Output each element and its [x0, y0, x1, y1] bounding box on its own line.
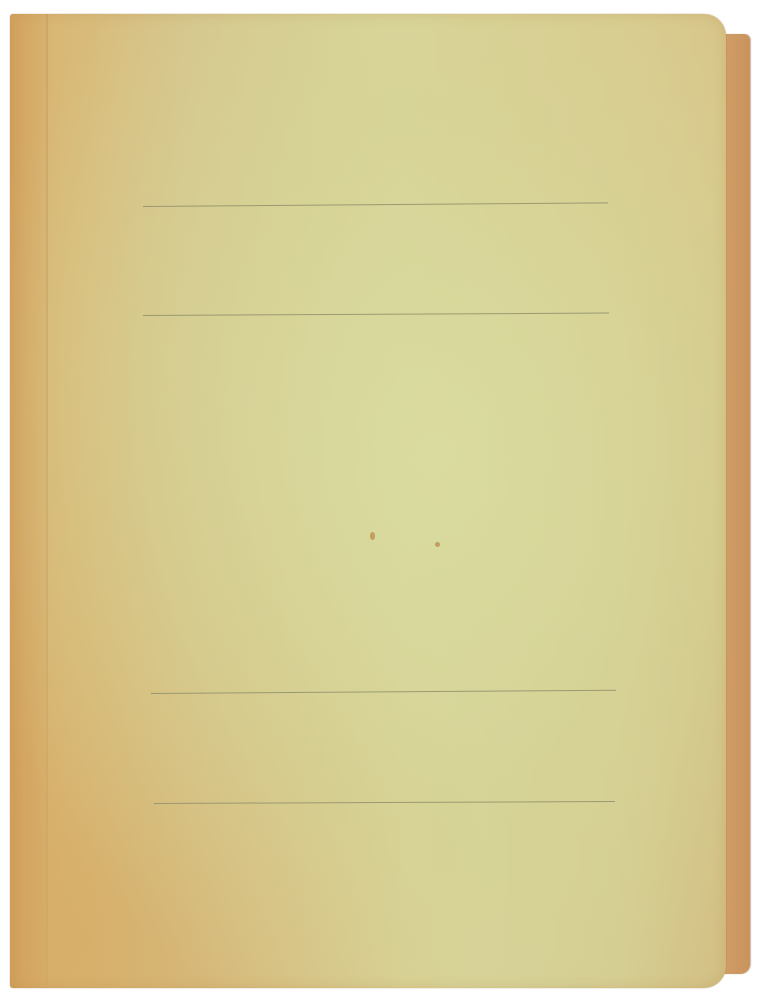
- ruled-line-3: [151, 690, 616, 694]
- folder-cover: [10, 14, 726, 988]
- foxing-stain: [370, 532, 375, 540]
- spine-fold-line: [46, 14, 48, 988]
- ruled-line-2: [143, 313, 609, 316]
- ruled-line-1: [143, 202, 608, 207]
- photo-scene: [0, 0, 759, 1000]
- spine-strip: [10, 14, 46, 988]
- foxing-stain: [435, 542, 440, 547]
- ruled-line-4: [154, 801, 615, 804]
